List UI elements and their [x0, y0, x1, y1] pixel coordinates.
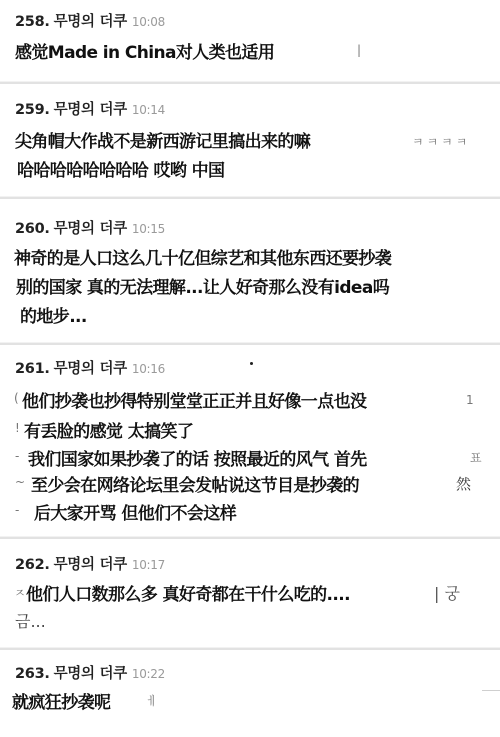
comment-nickname[interactable]: 무명의 더쿠	[54, 221, 127, 237]
comment-nickname[interactable]: 무명의 더쿠	[54, 102, 127, 118]
comment-body-line: 有丢脸的感觉 太搞笑了	[24, 417, 193, 442]
residual-glyph: 1	[466, 393, 474, 407]
comment-body-line: 后大家开骂 但他们不会这样	[34, 499, 236, 524]
comment-body-line: 至少会在网络论坛里会发帖说这节目是抄袭的	[31, 471, 359, 496]
comment-263: 263.무명의 더쿠10:22 就疯狂抄袭呢 ㅔ	[0, 650, 500, 737]
comment-time: 10:15	[132, 222, 165, 236]
comment-time: 10:17	[132, 558, 165, 572]
comment-header: 259.무명의 더쿠10:14	[15, 98, 165, 119]
comment-body-line: 他们人口数那么多 真好奇都在干什么吃的....	[26, 580, 350, 605]
comment-259: 259.무명의 더쿠10:14 尖角帽大作战不是新西游记里搞出来的嘛 ㅋㅋㅋㅋ …	[0, 84, 500, 196]
comment-body-line: 他们抄袭也抄得特别堂堂正正并且好像一点也没	[22, 387, 366, 412]
residual-glyph: -	[15, 503, 19, 517]
comment-260: 260.무명의 더쿠10:15 神奇的是人口这么几十亿但综艺和其他东西还要抄袭 …	[0, 199, 500, 342]
comment-number: 261.	[15, 361, 50, 377]
comment-time: 10:14	[132, 103, 165, 117]
residual-glyph: |	[357, 43, 361, 57]
residual-glyph: -	[15, 449, 19, 463]
scroll-edge-mark	[482, 690, 500, 691]
comment-body-line: 就疯狂抄袭呢	[12, 688, 110, 713]
comment-header: 260.무명의 더쿠10:15	[15, 217, 165, 238]
comment-body-line: 神奇的是人口这么几十亿但综艺和其他东西还要抄袭	[14, 244, 391, 269]
comment-nickname[interactable]: 무명의 더쿠	[54, 557, 127, 573]
comment-header: 263.무명의 더쿠10:22	[15, 662, 165, 683]
residual-glyph: ~	[15, 475, 25, 489]
comment-262: 262.무명의 더쿠10:17 ㅈ 他们人口数那么多 真好奇都在干什么吃的...…	[0, 539, 500, 647]
residual-glyph: | 궁	[434, 581, 460, 604]
comment-number: 260.	[15, 221, 50, 237]
comment-body-line: 的地步...	[20, 302, 87, 327]
residual-glyph: (	[14, 391, 19, 405]
comment-nickname[interactable]: 무명의 더쿠	[54, 666, 127, 682]
comment-nickname[interactable]: 무명의 더쿠	[54, 14, 127, 30]
comment-number: 259.	[15, 102, 50, 118]
residual-glyph: !	[15, 421, 20, 435]
comment-header: 261.무명의 더쿠10:16	[15, 357, 165, 378]
comment-number: 262.	[15, 557, 50, 573]
comment-body-line: 尖角帽大作战不是新西游记里搞出来的嘛	[15, 127, 310, 152]
comment-258: 258.무명의 더쿠10:08 感觉Made in China对人类也适用 |	[0, 0, 500, 82]
residual-glyph: 然	[456, 473, 471, 494]
comment-header: 262.무명의 더쿠10:17	[15, 553, 165, 574]
comment-body-line: 别的国家 真的无法理解...让人好奇那么没有idea吗	[16, 273, 389, 298]
comment-header: 258.무명의 더쿠10:08	[15, 10, 165, 31]
comment-number: 263.	[15, 666, 50, 682]
comment-time: 10:22	[132, 667, 165, 681]
comment-body-line: 感觉Made in China对人类也适用	[15, 38, 274, 63]
comment-number: 258.	[15, 14, 50, 30]
comment-body-line: 哈哈哈哈哈哈哈哈 哎哟 中国	[17, 156, 224, 181]
comment-nickname[interactable]: 무명의 더쿠	[54, 361, 127, 377]
comment-time: 10:16	[132, 362, 165, 376]
comment-261: 261.무명의 더쿠10:16 ( 他们抄袭也抄得特别堂堂正正并且好像一点也没 …	[0, 345, 500, 536]
comment-body-line: 금...	[15, 609, 46, 632]
residual-glyph: ㅈ	[14, 584, 26, 601]
residual-glyph: 표	[470, 449, 482, 466]
comment-time: 10:08	[132, 15, 165, 29]
residual-glyph: ㅔ	[146, 692, 158, 709]
comment-body-line: 我们国家如果抄袭了的话 按照最近的风气 首先	[28, 445, 367, 470]
residual-glyph: ㅋㅋㅋㅋ	[412, 133, 470, 150]
stray-dot	[250, 362, 253, 365]
